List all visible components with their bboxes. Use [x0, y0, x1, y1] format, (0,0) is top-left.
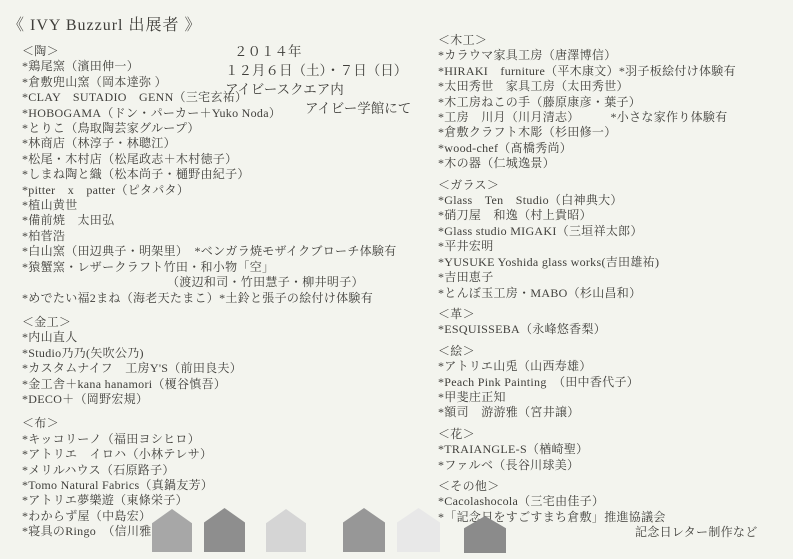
section-header: ＜金工＞ [22, 315, 432, 330]
exhibitor-item: *カラウマ家具工房（唐澤博信） [438, 48, 790, 63]
exhibitor-item: *メリルハウス（石原路子） [22, 463, 432, 478]
exhibitor-item: （渡辺和司・竹田慧子・柳井明子） [22, 275, 432, 290]
exhibitor-item: *Cacolashocola（三宅由佳子） [438, 494, 790, 509]
exhibitor-item: *備前焼 太田弘 [22, 213, 432, 228]
exhibitor-item: *YUSUKE Yoshida glass works(吉田雄祐) [438, 255, 790, 270]
exhibitor-item: *柏菅浩 [22, 229, 432, 244]
exhibitor-item: *倉敷クラフト木彫（杉田修一） [438, 125, 790, 140]
left-column: ＜陶＞*鶏尾窯（濱田伸一）*倉敷兜山窯（岡本達弥 ）*CLAY SUTADIO … [22, 44, 432, 540]
exhibitor-item: *Peach Pink Painting （田中香代子） [438, 375, 790, 390]
exhibitor-item: *硝刀屋 和逸（村上貴昭） [438, 208, 790, 223]
exhibitor-item: *Studio乃乃(矢吹公乃) [22, 346, 432, 361]
exhibitor-item: *キッコリーノ（福田ヨシヒロ） [22, 432, 432, 447]
exhibitor-item: *アトリエ イロハ（小林テレサ） [22, 447, 432, 462]
exhibitor-item: *とりこ（鳥取陶芸家グループ） [22, 121, 432, 136]
exhibitor-item: *とんぼ玉工房・MABO（杉山昌和） [438, 286, 790, 301]
exhibitor-item: *木の器（仁城逸景） [438, 156, 790, 171]
scan-page: 《 IVY Buzzurl 出展者 》 ２０１４年 １２月６日（土）・７日（日）… [0, 0, 793, 559]
section-header: ＜花＞ [438, 427, 790, 442]
exhibitor-item: *工房 川月（川月清志） *小さな家作り体験有 [438, 110, 790, 125]
section-header: ＜布＞ [22, 416, 432, 431]
exhibitor-item: *林商店（林淳子・林聰江） [22, 136, 432, 151]
document-title: 《 IVY Buzzurl 出展者 》 [8, 12, 202, 35]
exhibitor-item: *吉田恵子 [438, 270, 790, 285]
exhibitor-item: *DECO＋（岡野宏規） [22, 392, 432, 407]
exhibitor-item: *HIRAKI furniture（平木康文）*羽子板絵付け体験有 [438, 64, 790, 79]
exhibitor-item: *ESQUISSEBA（永峰悠香梨） [438, 322, 790, 337]
section-header: ＜革＞ [438, 307, 790, 322]
exhibitor-item: *カスタムナイフ 工房Y'S（前田良夫） [22, 361, 432, 376]
exhibitor-item: *植山黄世 [22, 198, 432, 213]
exhibitor-item: *甲斐庄正知 [438, 390, 790, 405]
section-header: ＜絵＞ [438, 344, 790, 359]
exhibitor-item: *TRAIANGLE‐S（楢崎聖） [438, 442, 790, 457]
exhibitor-item: *金工舎＋kana hanamori（榎谷慎吾） [22, 377, 432, 392]
exhibitor-item: *木工房ねこの手（藤原康彦・葉子） [438, 95, 790, 110]
exhibitor-item: *額司 游游雅（宮井譲） [438, 405, 790, 420]
exhibitor-item: *ファルベ（長谷川球美） [438, 458, 790, 473]
exhibitor-item: *太田秀世 家具工房（太田秀世） [438, 79, 790, 94]
exhibitor-item: *平井宏明 [438, 239, 790, 254]
exhibitor-item: *Glass Ten Studio（白神典大） [438, 193, 790, 208]
right-column: ＜木工＞*カラウマ家具工房（唐澤博信）*HIRAKI furniture（平木康… [438, 33, 790, 541]
section-header: ＜その他＞ [438, 479, 790, 494]
exhibitor-item: *HOBOGAMA（ドン・パーカー＋Yuko Noda） [22, 106, 432, 121]
section-header: ＜陶＞ [22, 44, 432, 59]
exhibitor-item: *白山窯（田辺典子・明架里） *ベンガラ焼モザイクブローチ体験有 [22, 244, 432, 259]
exhibitor-item: *内山直人 [22, 330, 432, 345]
exhibitor-item: *めでたい福2まね（海老天たまこ）*土鈴と張子の絵付け体験有 [22, 291, 432, 306]
exhibitor-item: *アトリエ山兎（山西寿雄） [438, 359, 790, 374]
section-header: ＜木工＞ [438, 33, 790, 48]
exhibitor-item: *鶏尾窯（濱田伸一） [22, 59, 432, 74]
section-header: ＜ガラス＞ [438, 178, 790, 193]
exhibitor-item: *アトリエ夢樂遊（東條栄子） [22, 493, 432, 508]
exhibitor-item: *CLAY SUTADIO GENN（三宅玄祐） [22, 90, 432, 105]
exhibitor-item: *Tomo Natural Fabrics（真鍋友芳） [22, 478, 432, 493]
exhibitor-item: *倉敷兜山窯（岡本達弥 ） [22, 75, 432, 90]
exhibitor-item: *松尾・木村店（松尾政志＋木村徳子） [22, 152, 432, 167]
exhibitor-item: *Glass studio MIGAKI（三垣祥太郎） [438, 224, 790, 239]
exhibitor-item: *wood-chef（髙橋秀尚） [438, 141, 790, 156]
exhibitor-item: *猿蟹窯・レザークラフト竹田・和小物「空」 [22, 260, 432, 275]
exhibitor-item: *しまね陶と織（松本尚子・樋野由紀子） [22, 167, 432, 182]
exhibitor-item: *pitter x patter（ピタパタ） [22, 183, 432, 198]
